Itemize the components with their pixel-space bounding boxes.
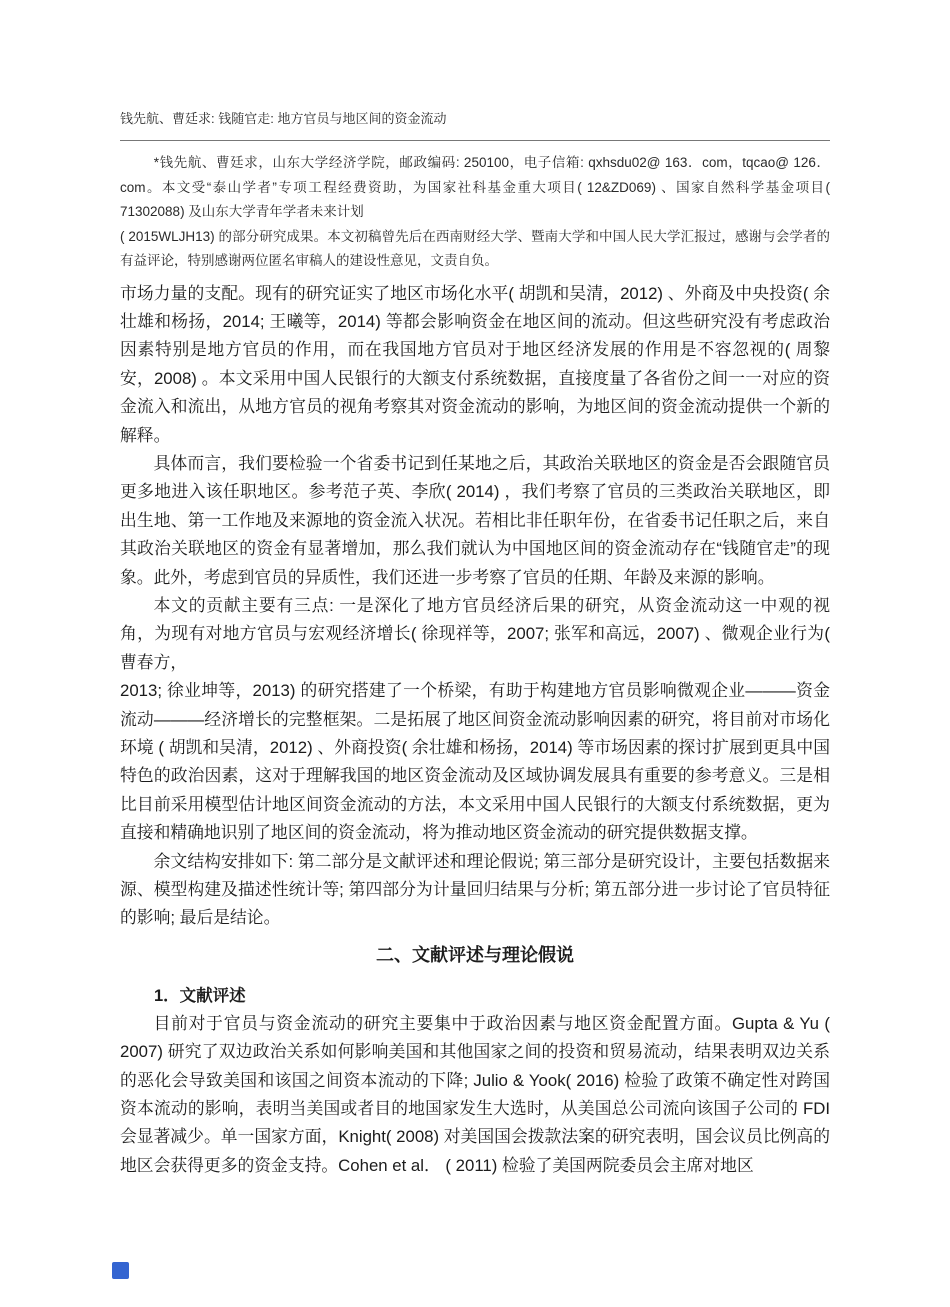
blue-marker-icon <box>112 1262 129 1279</box>
footnote: *钱先航、曹廷求，山东大学经济学院，邮政编码: 250100，电子信箱: qxh… <box>120 151 830 274</box>
paragraph-hypothesis: 具体而言，我们要检验一个省委书记到任某地之后，其政治关联地区的资金是否会跟随官员… <box>120 450 830 592</box>
footnote-part2: ( 2015WLJH13) 的部分研究成果。本文初稿曾先后在西南财经大学、暨南大… <box>120 229 830 269</box>
paragraph-contributions: 本文的贡献主要有三点: 一是深化了地方官员经济后果的研究，从资金流动这一中观的视… <box>120 592 830 848</box>
subsection-heading: 1．文献评述 <box>154 982 830 1010</box>
contributions-part1: 本文的贡献主要有三点: 一是深化了地方官员经济后果的研究，从资金流动这一中观的视… <box>120 596 830 672</box>
footnote-part1: *钱先航、曹廷求，山东大学经济学院，邮政编码: 250100，电子信箱: qxh… <box>120 155 830 219</box>
paragraph-structure: 余文结构安排如下: 第二部分是文献评述和理论假说; 第三部分是研究设计，主要包括… <box>120 848 830 933</box>
paragraph-market-forces: 市场力量的支配。现有的研究证实了地区市场化水平( 胡凯和吴清，2012) 、外商… <box>120 280 830 450</box>
paragraph-literature-review: 目前对于官员与资金流动的研究主要集中于政治因素与地区资金配置方面。Gupta &… <box>120 1010 830 1180</box>
document-page: 钱先航、曹廷求: 钱随官走: 地方官员与地区间的资金流动 *钱先航、曹廷求，山东… <box>0 0 950 1307</box>
section-heading: 二、文献评述与理论假说 <box>120 941 830 969</box>
contributions-part2: 2013; 徐业坤等，2013) 的研究搭建了一个桥梁，有助于构建地方官员影响微… <box>120 681 830 842</box>
running-head: 钱先航、曹廷求: 钱随官走: 地方官员与地区间的资金流动 <box>120 0 830 127</box>
header-rule <box>120 140 830 141</box>
page-content: 钱先航、曹廷求: 钱随官走: 地方官员与地区间的资金流动 *钱先航、曹廷求，山东… <box>120 0 830 1180</box>
